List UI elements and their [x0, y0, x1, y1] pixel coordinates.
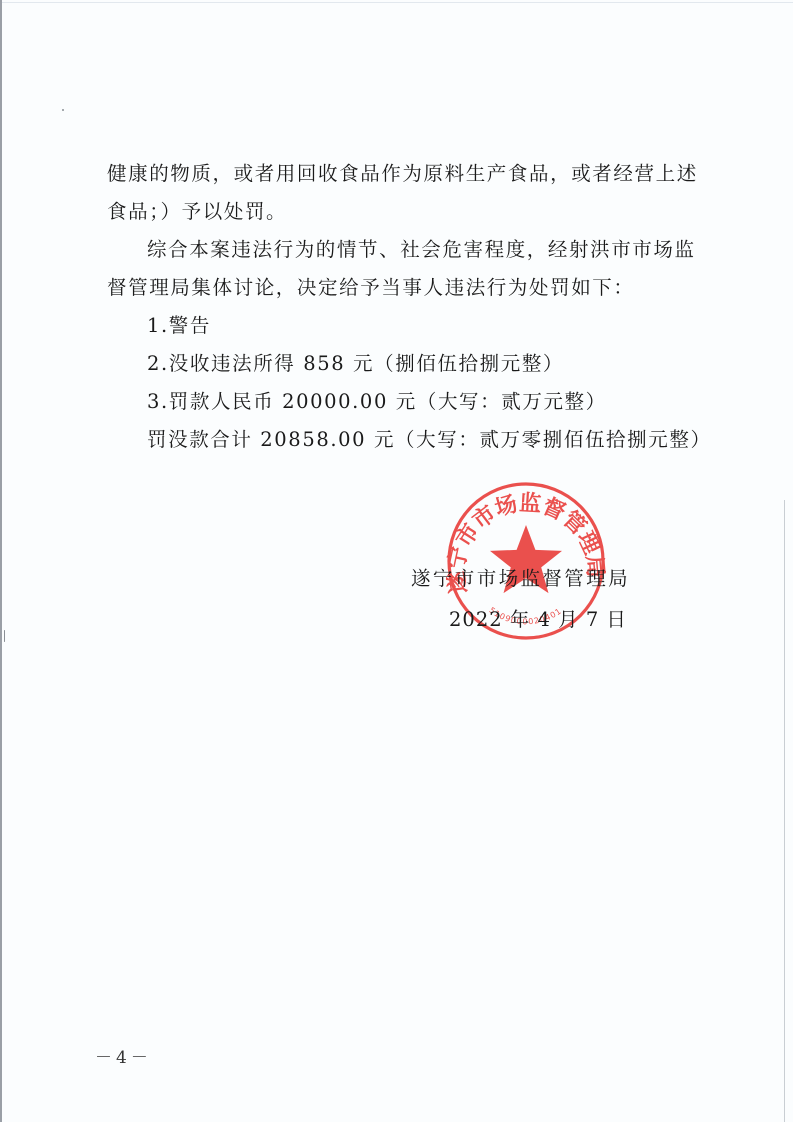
- issuing-organization: 遂宁市市场监督管理局: [411, 563, 630, 591]
- paragraph-line: 食品；）予以处罚。: [107, 193, 697, 231]
- document-body: 健康的物质，或者用回收食品作为原料生产食品，或者经营上述 食品；）予以处罚。 综…: [107, 155, 697, 459]
- scan-speck: [62, 109, 64, 111]
- penalty-item-confiscation: 2.没收违法所得 858 元（捌佰伍拾捌元整）: [107, 345, 697, 383]
- issue-date: 2022 年 4 月 7 日: [449, 604, 627, 632]
- paragraph-line: 督管理局集体讨论，决定给予当事人违法行为处罚如下：: [107, 269, 697, 307]
- penalty-item-warning: 1.警告: [107, 307, 697, 345]
- scan-speck: [4, 630, 5, 642]
- page-number: －4－: [95, 1043, 152, 1068]
- penalty-total: 罚没款合计 20858.00 元（大写：贰万零捌佰伍拾捌元整）: [107, 421, 697, 459]
- penalty-item-fine: 3.罚款人民币 20000.00 元（大写：贰万元整）: [107, 383, 697, 421]
- page-top-edge: [0, 2, 793, 3]
- scan-left-edge: [0, 0, 2, 1122]
- scan-right-edge: [784, 500, 785, 1122]
- paragraph-line: 健康的物质，或者用回收食品作为原料生产食品，或者经营上述: [107, 155, 697, 193]
- paragraph-line: 综合本案违法行为的情节、社会危害程度，经射洪市市场监: [107, 231, 697, 269]
